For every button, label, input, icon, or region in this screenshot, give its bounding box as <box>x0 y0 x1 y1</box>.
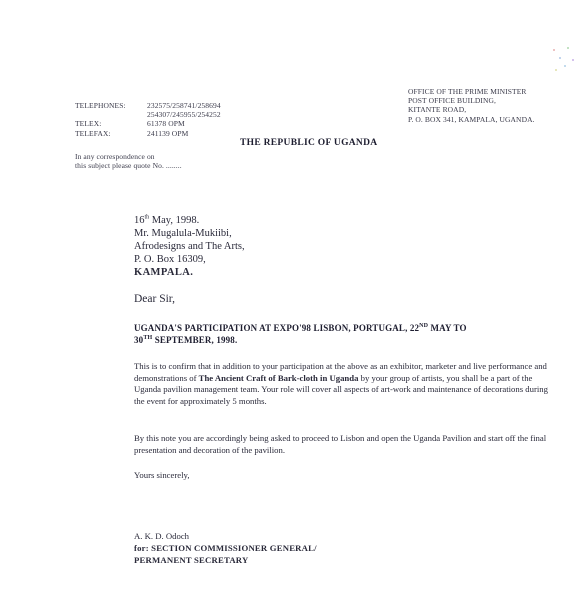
telephone-numbers-1: 232575/258741/258694 <box>147 101 277 110</box>
date-rest: May, 1998. <box>149 215 199 226</box>
telefax-label: TELEFAX: <box>75 129 145 138</box>
contact-labels: TELEPHONES: TELEX: TELEFAX: <box>75 101 145 138</box>
signature-block: A. K. D. Odoch for: SECTION COMMISSIONER… <box>134 530 317 566</box>
scan-noise <box>550 45 577 75</box>
office-address-line: POST OFFICE BUILDING, <box>408 96 577 105</box>
closing: Yours sincerely, <box>134 470 190 480</box>
telefax-number: 241139 OPM <box>147 129 277 138</box>
subject-sup: ND <box>419 323 428 329</box>
recipient-line: Mr. Mugalula-Mukiibi, <box>134 227 245 240</box>
office-address-line: P. O. BOX 341, KAMPALA, UGANDA. <box>408 115 577 124</box>
quote-note-line: In any correspondence on <box>75 152 182 161</box>
salutation: Dear Sir, <box>134 293 175 305</box>
contact-values: 232575/258741/258694 254307/245955/25425… <box>147 101 277 138</box>
telex-label: TELEX: <box>75 119 145 128</box>
telephones-label: TELEPHONES: <box>75 101 145 110</box>
recipient-line: Afrodesigns and The Arts, <box>134 240 245 253</box>
telex-number: 61378 OPM <box>147 119 277 128</box>
date-day: 16 <box>134 215 145 226</box>
subject-text: SEPTEMBER, 1998. <box>152 335 237 345</box>
subject-text: MAY TO <box>428 323 467 333</box>
office-address-line: KITANTE ROAD, <box>408 105 577 114</box>
body-paragraph-2: By this note you are accordingly being a… <box>134 433 554 456</box>
recipient-city: KAMPALA. <box>134 266 245 279</box>
letter-date: 16th May, 1998. <box>134 214 245 227</box>
telephone-numbers-2: 254307/245955/254252 <box>147 110 277 119</box>
letterhead-title: THE REPUBLIC OF UGANDA <box>240 138 377 148</box>
signatory-name: A. K. D. Odoch <box>134 530 317 542</box>
quote-note-line: this subject please quote No. ........ <box>75 161 182 170</box>
quote-note: In any correspondence on this subject pl… <box>75 152 182 170</box>
subject-line: UGANDA'S PARTICIPATION AT EXPO'98 LISBON… <box>134 322 554 346</box>
body-paragraph-1: This is to confirm that in addition to y… <box>134 361 554 407</box>
subject-sup: TH <box>143 335 152 341</box>
office-address-line: OFFICE OF THE PRIME MINISTER <box>408 87 577 96</box>
office-address: OFFICE OF THE PRIME MINISTER POST OFFICE… <box>408 87 577 124</box>
subject-text: 30 <box>134 335 143 345</box>
signatory-title-line: for: SECTION COMMISSIONER GENERAL/ <box>134 542 317 554</box>
recipient-line: P. O. Box 16309, <box>134 253 245 266</box>
recipient-block: 16th May, 1998. Mr. Mugalula-Mukiibi, Af… <box>134 214 245 279</box>
subject-text: UGANDA'S PARTICIPATION AT EXPO'98 LISBON… <box>134 323 419 333</box>
signatory-title-line: PERMANENT SECRETARY <box>134 554 317 566</box>
craft-name: The Ancient Craft of Bark-cloth in Ugand… <box>199 373 359 383</box>
